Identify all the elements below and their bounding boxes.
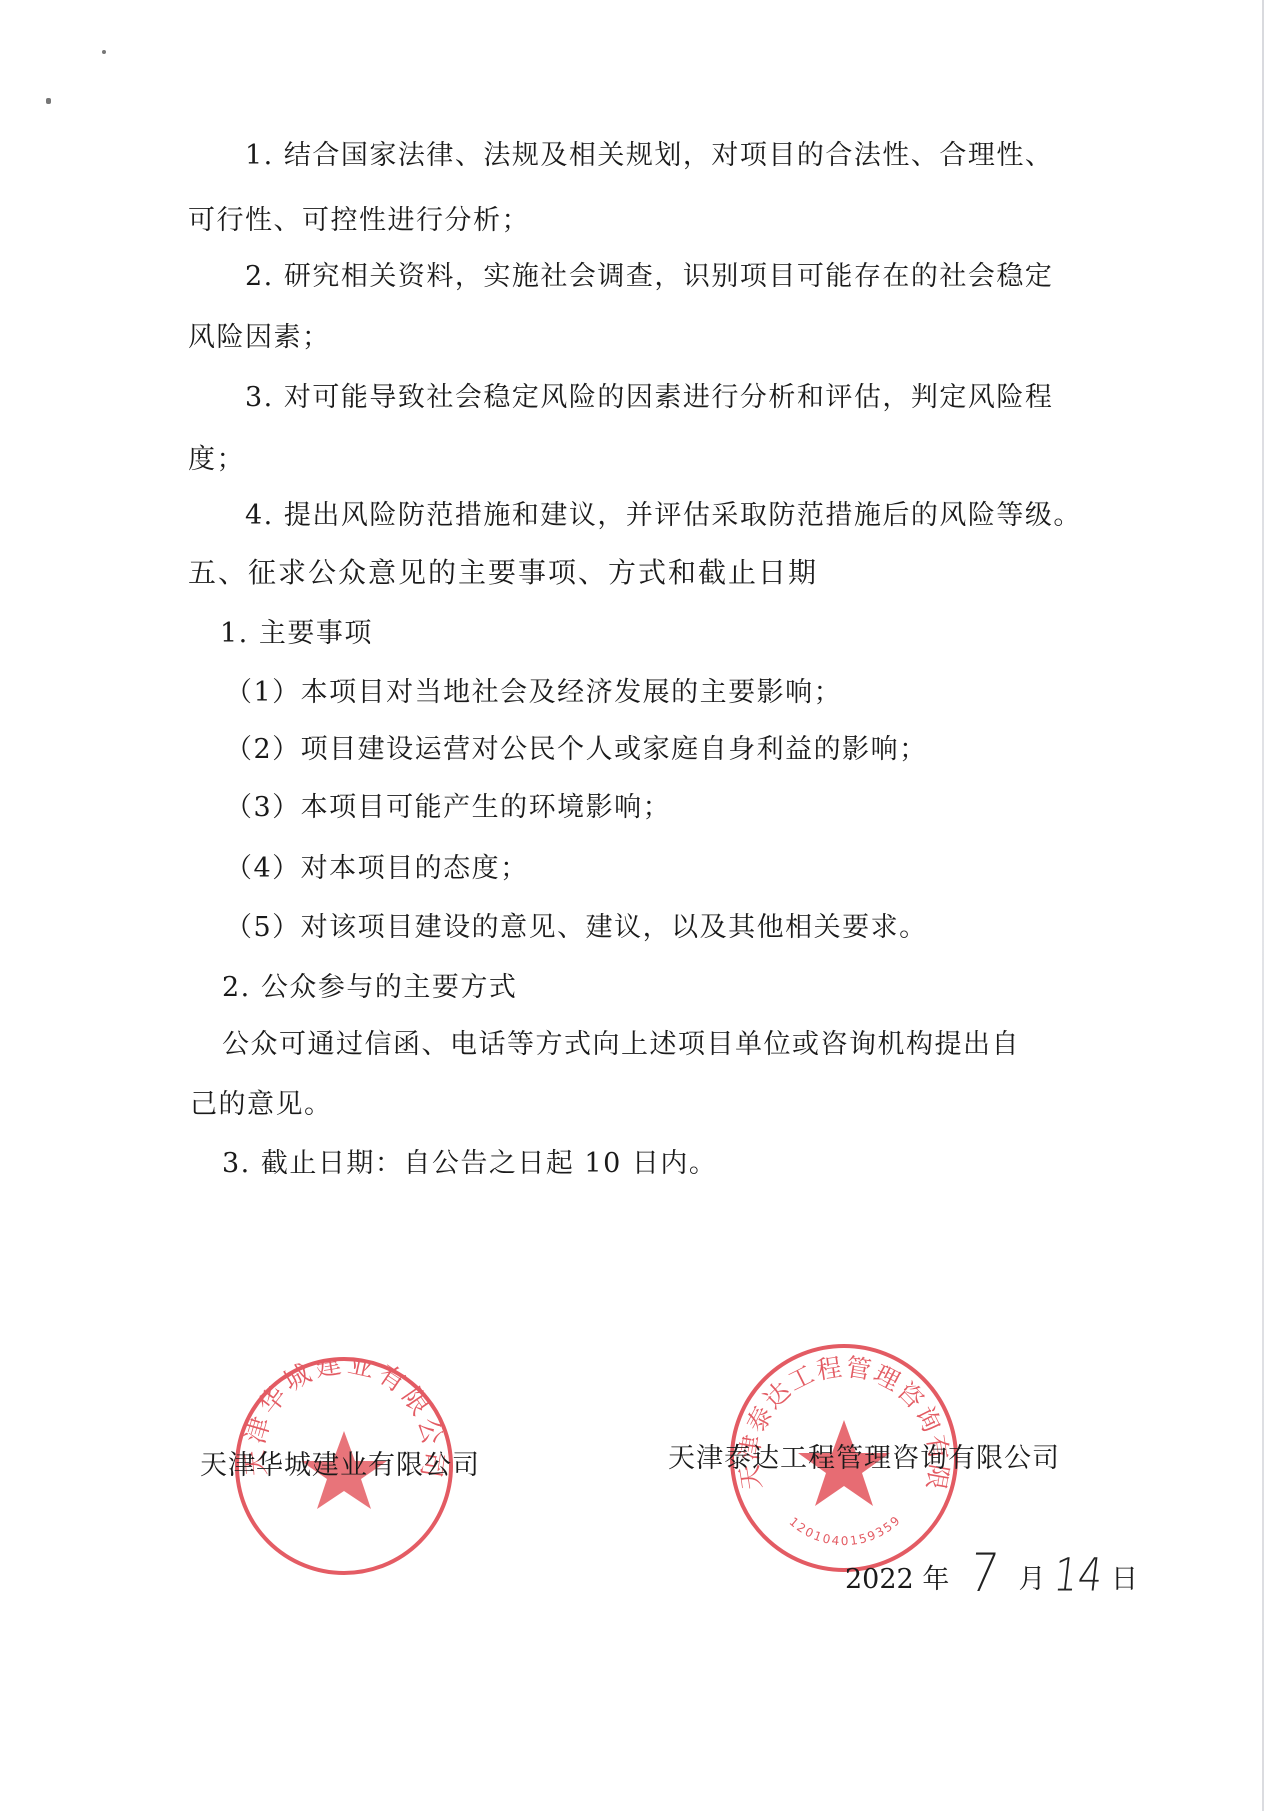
paragraph-line: 风险因素；	[188, 321, 331, 355]
svg-text:1201040159359: 1201040159359	[787, 1512, 904, 1548]
scan-speck	[102, 50, 106, 54]
paragraph-line: 公众可通过信函、电话等方式向上述项目单位或咨询机构提出自	[222, 1028, 1020, 1062]
paragraph-line: 2. 研究相关资料，实施社会调查，识别项目可能存在的社会稳定	[245, 260, 1053, 294]
list-item: （4）对本项目的态度；	[225, 852, 529, 886]
section-heading: 五、征求公众意见的主要事项、方式和截止日期	[188, 556, 818, 590]
subsection-title: 3. 截止日期：自公告之日起 10 日内。	[222, 1147, 717, 1181]
scan-edge-line	[1262, 0, 1264, 1811]
paragraph-line: 3. 对可能导致社会稳定风险的因素进行分析和评估，判定风险程	[245, 381, 1053, 415]
list-item: （5）对该项目建设的意见、建议，以及其他相关要求。	[225, 911, 928, 945]
date-month-unit: 月	[1019, 1564, 1046, 1595]
date-year-unit: 年	[922, 1564, 949, 1595]
subsection-title: 1. 主要事项	[220, 617, 373, 651]
paragraph-line: 己的意见。	[190, 1088, 333, 1122]
document-page: 1. 结合国家法律、法规及相关规划，对项目的合法性、合理性、 可行性、可控性进行…	[0, 0, 1280, 1811]
signature-company-right: 天津泰达工程管理咨询有限公司	[668, 1436, 1060, 1475]
signature-date: 2022 年 7 月 14 日	[845, 1548, 1138, 1599]
subsection-title: 2. 公众参与的主要方式	[222, 971, 517, 1005]
list-item: （1）本项目对当地社会及经济发展的主要影响；	[225, 676, 842, 710]
date-year: 2022	[845, 1564, 914, 1595]
paragraph-line: 4. 提出风险防范措施和建议，并评估采取防范措施后的风险等级。	[245, 499, 1082, 533]
scan-speck	[46, 98, 51, 104]
date-day-handwritten: 14	[1051, 1549, 1106, 1602]
date-day-unit: 日	[1111, 1564, 1138, 1595]
date-month-handwritten: 7	[966, 1543, 1001, 1604]
list-item: （2）项目建设运营对公民个人或家庭自身利益的影响；	[225, 733, 928, 767]
paragraph-line: 度；	[188, 443, 245, 477]
paragraph-line: 可行性、可控性进行分析；	[188, 204, 530, 238]
paragraph-line: 1. 结合国家法律、法规及相关规划，对项目的合法性、合理性、	[245, 139, 1053, 173]
list-item: （3）本项目可能产生的环境影响；	[225, 791, 671, 825]
signature-company-left: 天津华城建业有限公司	[200, 1443, 480, 1482]
